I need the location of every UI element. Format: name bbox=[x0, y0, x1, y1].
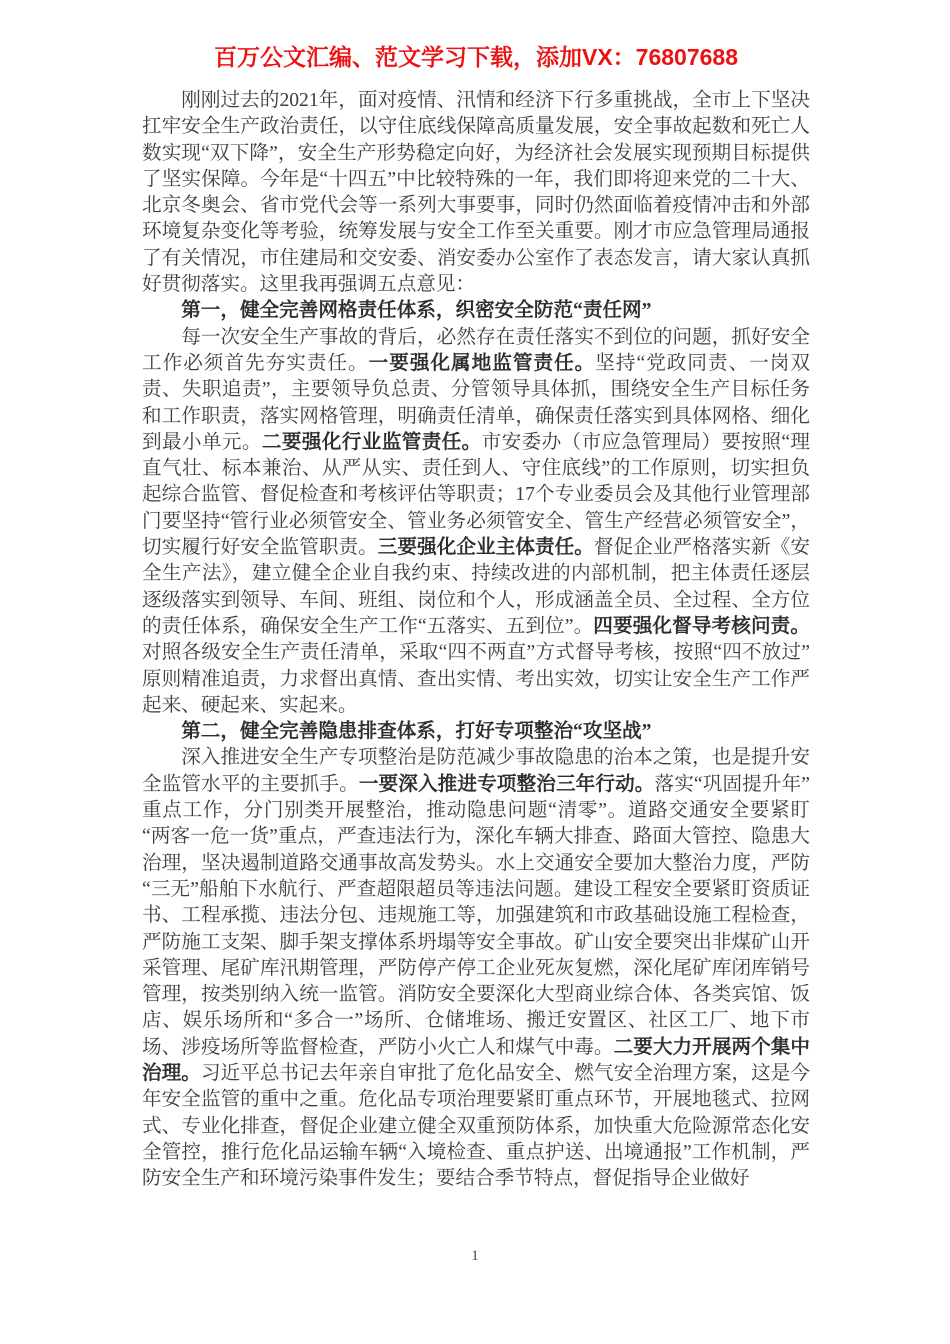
text-run-bold: 四要强化督导考核问责。 bbox=[593, 616, 810, 637]
paragraph-section-1: 每一次安全生产事故的背后，必然存在责任落实不到位的问题，抓好安全工作必须首先夯实… bbox=[142, 325, 810, 719]
text-run: 刚刚过去的2021年，面对疫情、汛情和经济下行多重挑战，全市上下坚决扛牢安全生产… bbox=[142, 90, 810, 295]
paragraph-intro: 刚刚过去的2021年，面对疫情、汛情和经济下行多重挑战，全市上下坚决扛牢安全生产… bbox=[142, 88, 810, 298]
text-run-bold: 三要强化企业主体责任。 bbox=[378, 537, 594, 558]
text-run: 对照各级安全生产责任清单，采取“四不两直”方式督导考核，按照“四不放过”原则精准… bbox=[142, 642, 810, 716]
heading-text: 第二，健全完善隐患排查体系，打好专项整治“攻坚战” bbox=[181, 721, 651, 742]
document-body: 刚刚过去的2021年，面对疫情、汛情和经济下行多重挑战，全市上下坚决扛牢安全生产… bbox=[142, 88, 810, 1192]
heading-section-2: 第二，健全完善隐患排查体系，打好专项整治“攻坚战” bbox=[142, 719, 810, 745]
text-run-bold: 二要强化行业监管责任。 bbox=[262, 432, 482, 453]
text-run-bold: 一要深入推进专项整治三年行动。 bbox=[359, 774, 655, 795]
page-number: 1 bbox=[0, 1246, 950, 1266]
header-promo-text: 百万公文汇编、范文学习下载，添加VX：76807688 bbox=[142, 44, 810, 71]
text-run: 习近平总书记去年亲自审批了危化品安全、燃气安全治理方案，这是今年安全监管的重中之… bbox=[142, 1063, 810, 1189]
heading-text: 第一，健全完善网格责任体系，织密安全防范“责任网” bbox=[181, 300, 651, 321]
document-page: 百万公文汇编、范文学习下载，添加VX：76807688 刚刚过去的2021年，面… bbox=[0, 0, 950, 1344]
text-run: 落实“巩固提升年”重点工作，分门别类开展整治，推动隐患问题“清零”。道路交通安全… bbox=[142, 774, 810, 1058]
text-run-bold: 一要强化属地监管责任。 bbox=[369, 353, 596, 374]
heading-section-1: 第一，健全完善网格责任体系，织密安全防范“责任网” bbox=[142, 298, 810, 324]
paragraph-section-2: 深入推进安全生产专项整治是防范减少事故隐患的治本之策，也是提升安全监管水平的主要… bbox=[142, 745, 810, 1192]
